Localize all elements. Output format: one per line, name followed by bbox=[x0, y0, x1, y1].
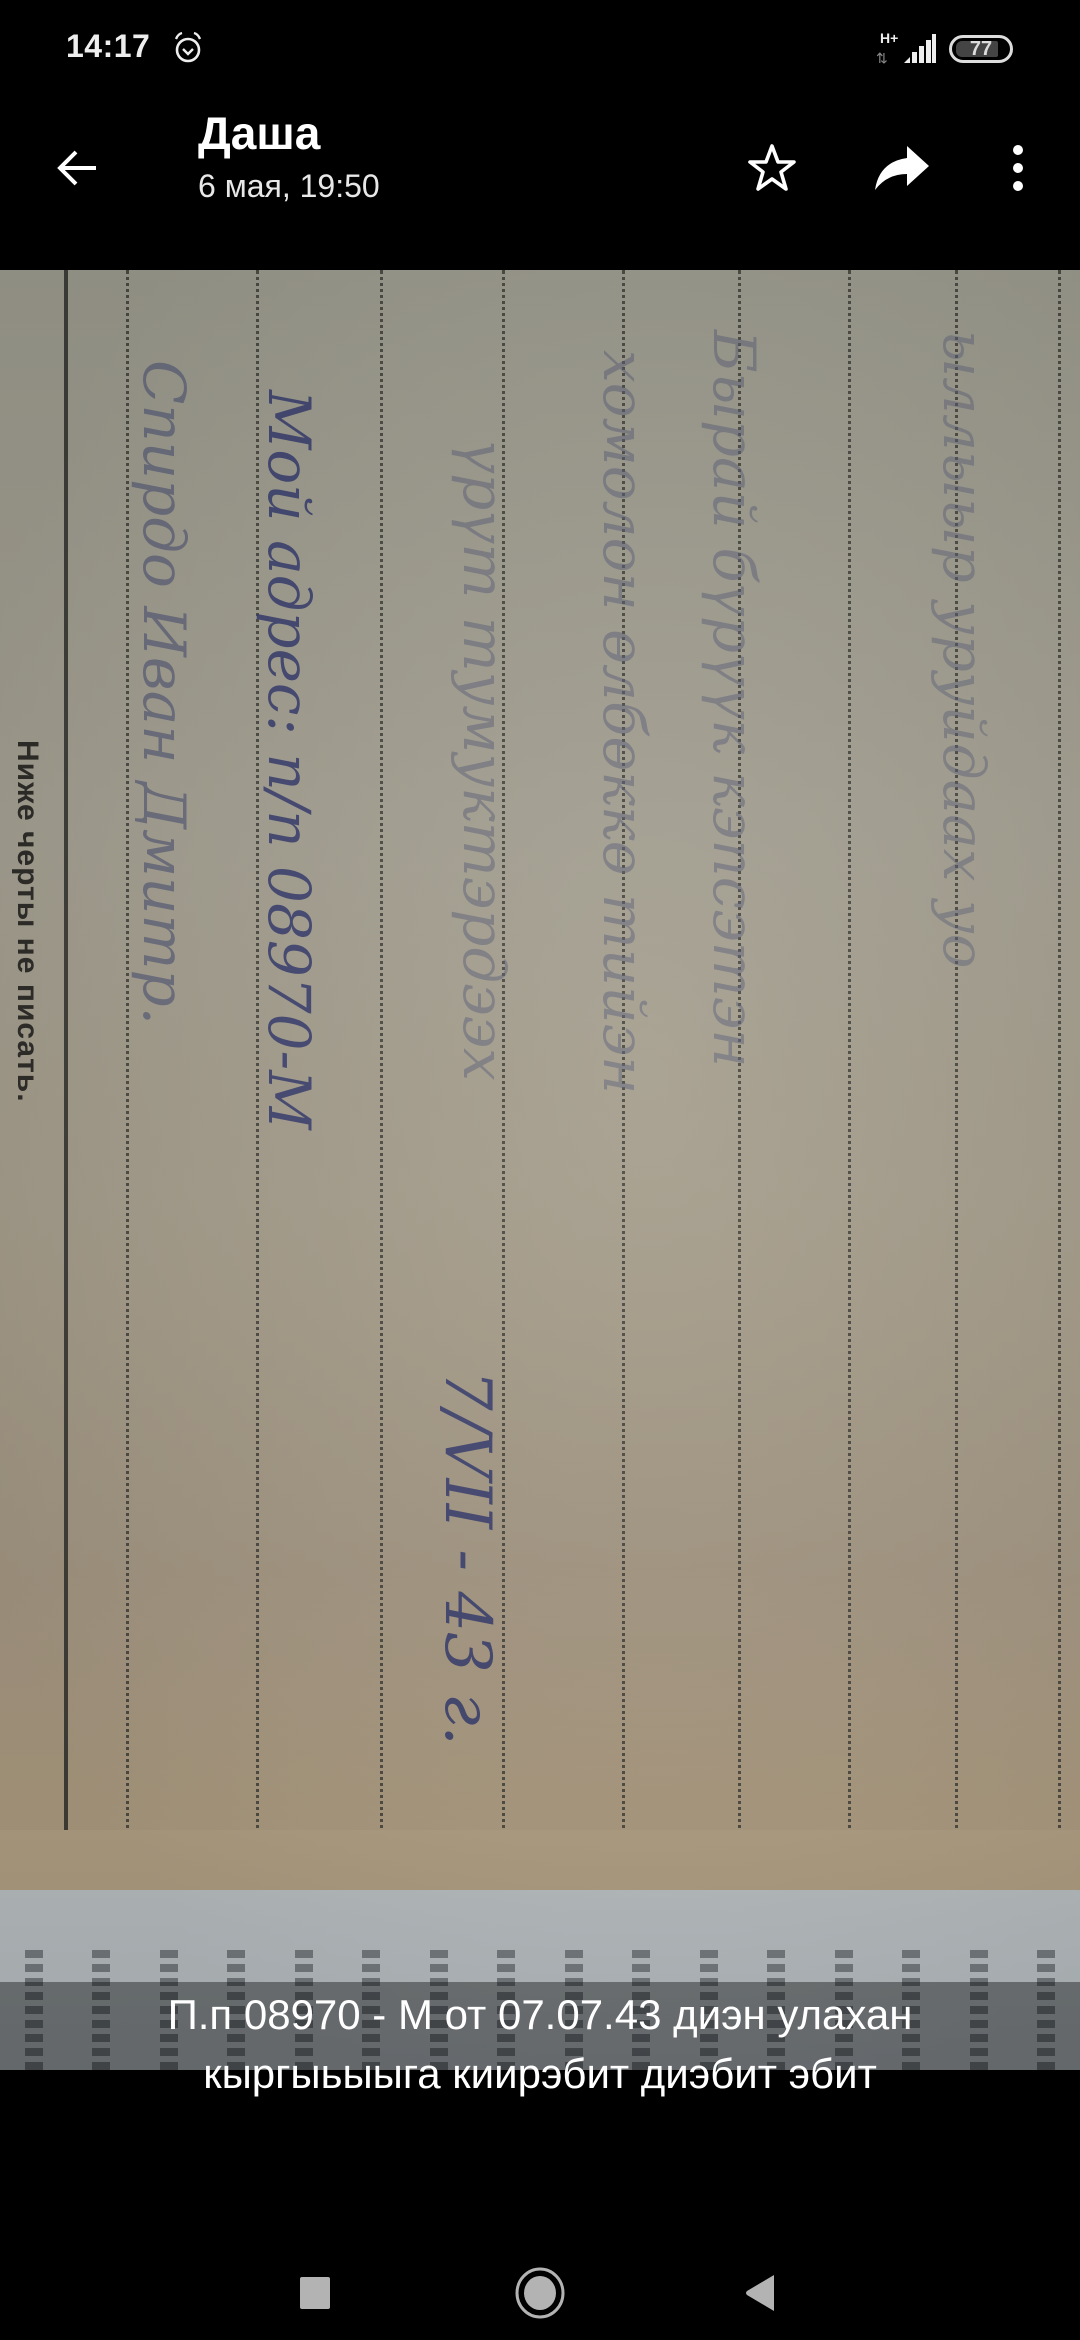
arrow-left-icon bbox=[54, 144, 102, 192]
share-forward-icon bbox=[873, 144, 931, 192]
status-bar: 14:17 H+ ⇅ 77 bbox=[0, 0, 1080, 100]
system-navigation-bar bbox=[0, 2200, 1080, 2340]
favorite-button[interactable] bbox=[732, 128, 812, 208]
photo-shading bbox=[0, 270, 1080, 2070]
circle-home-icon bbox=[515, 2267, 565, 2319]
share-button[interactable] bbox=[862, 128, 942, 208]
photo-image[interactable]: Ниже черты не писать. Мой адрес: п/п 089… bbox=[0, 270, 1080, 2070]
system-back-button[interactable] bbox=[715, 2248, 805, 2338]
photo-caption: П.п 08970 - М от 07.07.43 диэн улахан кы… bbox=[0, 1985, 1080, 2103]
caption-line-2: кыргыьыыга киирэбит диэбит эбит bbox=[0, 2044, 1080, 2103]
photo-viewer-toolbar: Даша 6 мая, 19:50 bbox=[0, 100, 1080, 270]
data-activity-icon: ⇅ bbox=[876, 50, 888, 67]
alarm-clock-icon bbox=[170, 30, 206, 66]
recents-button[interactable] bbox=[270, 2248, 360, 2338]
status-time: 14:17 bbox=[66, 28, 150, 65]
battery-indicator: 77 bbox=[949, 35, 1013, 63]
more-options-button[interactable] bbox=[978, 128, 1058, 208]
star-outline-icon bbox=[746, 142, 798, 194]
caption-line-1: П.п 08970 - М от 07.07.43 диэн улахан bbox=[0, 1985, 1080, 2044]
home-button[interactable] bbox=[495, 2248, 585, 2338]
signal-bars-icon bbox=[890, 33, 936, 63]
triangle-back-icon bbox=[744, 2274, 776, 2312]
back-button[interactable] bbox=[40, 130, 116, 206]
more-vertical-icon bbox=[1010, 144, 1026, 192]
message-date: 6 мая, 19:50 bbox=[198, 168, 380, 205]
battery-level: 77 bbox=[952, 38, 1010, 60]
sender-name: Даша bbox=[198, 106, 320, 160]
square-recents-icon bbox=[299, 2276, 331, 2310]
